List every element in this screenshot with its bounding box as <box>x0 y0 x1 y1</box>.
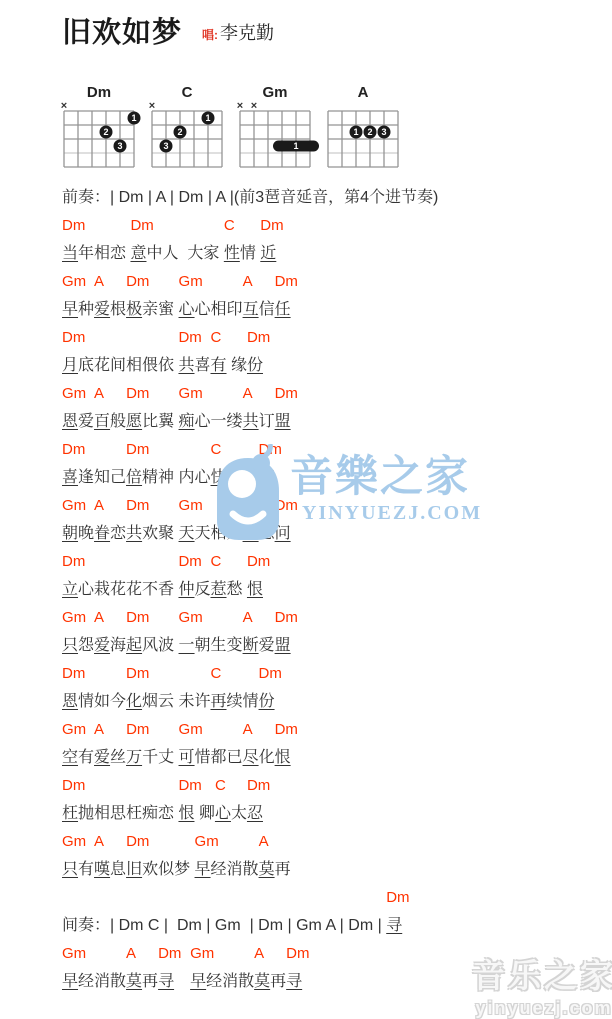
chord-label: Dm <box>259 660 282 688</box>
lyric-syllable: 盟Dm <box>275 632 291 660</box>
lyric-syllable: 喜Dm <box>62 464 78 492</box>
lyric-syllable: 起Dm <box>126 632 142 660</box>
lyric-syllable: 意Dm <box>130 240 146 268</box>
lyric-syllable: 共Dm <box>126 520 142 548</box>
lyric-syllable: 性C <box>224 240 240 268</box>
chord-label: Gm <box>179 380 203 408</box>
lyric-syllable: 早Gm <box>190 968 206 996</box>
lyric-text: 乐无 <box>227 464 259 492</box>
chord-label: C <box>211 548 222 576</box>
lyric-text: 逢知己 <box>78 464 126 492</box>
chord-label: Dm <box>62 324 85 352</box>
lyric-syllable: 互A <box>243 520 259 548</box>
lyric-syllable: 份Dm <box>259 688 275 716</box>
chord-label: Gm <box>179 492 203 520</box>
lyric-line: 喜Dm逢知己倍Dm精神 内心快C乐无憾Dm <box>62 464 275 492</box>
chord-label: C <box>211 660 222 688</box>
lyric-text: 情 <box>240 240 260 268</box>
chord-label: C <box>211 436 222 464</box>
lyric-text: 朝生变 <box>195 632 243 660</box>
lyric-line: 恩Gm爱百A般愿Dm比翼 痴Gm心一缕共A订盟Dm <box>62 408 291 436</box>
lyric-syllable: 万Dm <box>126 744 142 772</box>
lyric-syllable: 寻Dm <box>286 968 302 996</box>
chord-grid: 123 <box>319 101 407 173</box>
chord-diagram-label: Dm <box>55 84 143 101</box>
lyric-text: 息 <box>110 856 126 884</box>
chord-label: Dm <box>158 940 181 968</box>
lyric-syllable: 断A <box>243 632 259 660</box>
lyric-text: 亲蜜 <box>142 296 178 324</box>
chord-label: A <box>254 940 264 968</box>
lyric-syllable: 有C <box>211 352 227 380</box>
svg-text:×: × <box>149 101 155 112</box>
lyric-text: 天相见 <box>195 520 243 548</box>
song-line-pair: 早Gm经消散莫A再寻Dm 早Gm经消散莫A再寻Dm <box>62 940 602 996</box>
lyric-text: 根 <box>110 296 126 324</box>
lyric-syllable: 寻Dm <box>386 912 402 940</box>
lyric-syllable: 早Gm <box>62 296 78 324</box>
lyric-text: 爱 <box>78 408 94 436</box>
lyric-syllable: 爱A <box>94 632 110 660</box>
lyric-syllable: 惹C <box>211 576 227 604</box>
chord-label: Dm <box>130 212 153 240</box>
lyric-text: 海 <box>110 632 126 660</box>
chord-label: A <box>94 268 104 296</box>
lyric-syllable: 莫A <box>259 856 275 884</box>
svg-text:3: 3 <box>163 141 168 151</box>
chord-diagram-row: Dm×123C×123Gm××1A123 <box>55 84 407 173</box>
lyric-syllable: 天Gm <box>179 520 195 548</box>
lyric-syllable: 枉Dm <box>62 800 78 828</box>
chord-grid: ×123 <box>143 101 231 173</box>
lyric-line: 恩Dm情如今化Dm烟云 未许再C续情份Dm <box>62 688 275 716</box>
lyric-line: 早Gm种爱A根极Dm亲蜜 心Gm心相印互A信任Dm <box>62 296 291 324</box>
chord-label: Dm <box>286 940 309 968</box>
song-line-pair: 喜Dm逢知己倍Dm精神 内心快C乐无憾Dm <box>62 436 602 492</box>
song-line-pair: 枉Dm抛相思枉痴恋 恨Dm 卿心C太忍Dm <box>62 772 602 828</box>
lyric-text: 爱 <box>259 632 275 660</box>
chord-grid: ××1 <box>231 101 319 173</box>
lyric-syllable: 只Gm <box>62 632 78 660</box>
lyric-text: 经消散 <box>78 968 126 996</box>
lyric-syllable: 互A <box>243 296 259 324</box>
lyric-syllable: 可Gm <box>179 744 195 772</box>
song-line-pair: 空Gm有爱A丝万Dm千丈 可Gm惜都已尽A化恨Dm <box>62 716 602 772</box>
svg-text:2: 2 <box>177 127 182 137</box>
chord-label: Dm <box>247 548 270 576</box>
lyric-text: 年相恋 <box>78 240 130 268</box>
lyric-syllable: 问Dm <box>275 520 291 548</box>
svg-text:1: 1 <box>205 113 210 123</box>
lyric-line: 当Dm年相恋 意Dm中人 大家 性C情 近Dm <box>62 240 276 268</box>
lyric-syllable: 恨Dm <box>275 744 291 772</box>
chord-label: Dm <box>126 492 149 520</box>
lyric-syllable: 立Dm <box>62 576 78 604</box>
chord-label: A <box>243 380 253 408</box>
lyric-syllable: 尽A <box>243 744 259 772</box>
lyric-text: 种 <box>78 296 94 324</box>
chord-diagram-gm: Gm××1 <box>231 84 319 173</box>
lyric-text: 比翼 <box>142 408 178 436</box>
chord-label: Dm <box>178 772 201 800</box>
song-line-pair: 恩Dm情如今化Dm烟云 未许再C续情份Dm <box>62 660 602 716</box>
intro-line: 前奏：| Dm | A | Dm | A |(前3琶音延音，第4个进节奏) <box>62 184 602 212</box>
lyric-syllable: 一Gm <box>179 632 195 660</box>
lyric-syllable: 恨Dm <box>178 800 194 828</box>
chord-label: Dm <box>247 324 270 352</box>
chord-label: Dm <box>126 268 149 296</box>
lyric-syllable: 月Dm <box>62 352 78 380</box>
lyric-syllable: 恩Dm <box>62 688 78 716</box>
lyric-text: 心相印 <box>195 296 243 324</box>
lyric-text: 晚 <box>78 520 94 548</box>
chord-label: A <box>243 492 253 520</box>
svg-text:×: × <box>251 101 257 112</box>
song-line-pair: 间奏：| Dm C | Dm | Gm | Dm | Gm A | Dm | 寻… <box>62 884 602 940</box>
lyric-syllable: 仲Dm <box>178 576 194 604</box>
chord-label: Gm <box>62 716 86 744</box>
svg-text:×: × <box>61 101 67 112</box>
lyric-text <box>174 968 190 996</box>
chord-label: A <box>243 268 253 296</box>
lyric-syllable: 化Dm <box>126 688 142 716</box>
singer-name: 李克勤 <box>220 23 274 43</box>
svg-text:1: 1 <box>131 113 136 123</box>
lyric-syllable: 共A <box>243 408 259 436</box>
chord-label: Dm <box>275 716 298 744</box>
lyric-text: 风波 <box>142 632 178 660</box>
lyric-text: 信 <box>259 296 275 324</box>
chord-label: A <box>94 716 104 744</box>
chord-label: C <box>215 772 226 800</box>
lyric-text: 情如今 <box>78 688 126 716</box>
chord-label: A <box>94 380 104 408</box>
lyric-syllable: 忍Dm <box>247 800 263 828</box>
singer-block: 唱:李克勤 <box>202 19 274 45</box>
lyric-syllable: 朝Gm <box>62 520 78 548</box>
chord-label: Dm <box>62 212 85 240</box>
lyric-syllable: 任Dm <box>275 296 291 324</box>
lyric-text: 心栽花花不香 <box>78 576 178 604</box>
lyric-syllable: 再C <box>211 688 227 716</box>
chord-label: Gm <box>190 940 214 968</box>
lyric-text: 般 <box>110 408 126 436</box>
chord-label: Dm <box>126 828 149 856</box>
chord-label: Gm <box>62 604 86 632</box>
lyric-syllable: 早Gm <box>62 968 78 996</box>
lyric-syllable: 爱A <box>94 744 110 772</box>
chord-label: Gm <box>62 380 86 408</box>
lyric-text: 怨 <box>78 632 94 660</box>
lyric-syllable: 份Dm <box>247 352 263 380</box>
song-line-pair: 早Gm种爱A根极Dm亲蜜 心Gm心相印互A信任Dm <box>62 268 602 324</box>
chord-label: A <box>94 604 104 632</box>
svg-text:2: 2 <box>103 127 108 137</box>
lyric-syllable: 快C <box>211 464 227 492</box>
lyric-line: 立Dm心栽花花不香 仲Dm反惹C愁 恨Dm <box>62 576 263 604</box>
svg-text:2: 2 <box>367 127 372 137</box>
lyric-syllable: 莫A <box>254 968 270 996</box>
lyric-line: 间奏：| Dm C | Dm | Gm | Dm | Gm A | Dm | 寻… <box>62 912 402 940</box>
lyric-text: 慰 <box>259 520 275 548</box>
chord-label: Dm <box>247 772 270 800</box>
lyric-text: 烟云 未许 <box>142 688 210 716</box>
lyric-text: 恋 <box>110 520 126 548</box>
chord-label: Dm <box>62 660 85 688</box>
chord-label: Dm <box>275 380 298 408</box>
chord-diagram-c: C×123 <box>143 84 231 173</box>
lyric-syllable: 憾Dm <box>259 464 275 492</box>
lyric-syllable: 倍Dm <box>126 464 142 492</box>
song-line-pair: 月Dm底花间相偎依 共Dm喜有C 缘份Dm <box>62 324 602 380</box>
song-line-pair: 只Gm怨爱A海起Dm风波 一Gm朝生变断A爱盟Dm <box>62 604 602 660</box>
chord-diagram-label: Gm <box>231 84 319 101</box>
lyric-text: 太 <box>231 800 247 828</box>
lyric-text: 反 <box>194 576 210 604</box>
chord-label: Dm <box>62 436 85 464</box>
svg-text:×: × <box>237 101 243 112</box>
chord-label: A <box>126 940 136 968</box>
lyric-text: 再 <box>270 968 286 996</box>
chord-sheet-page: 旧欢如梦 唱:李克勤 Dm×123C×123Gm××1A123 前奏：| Dm … <box>0 0 612 1019</box>
chord-diagram-label: C <box>143 84 231 101</box>
sing-label: 唱: <box>202 28 218 42</box>
song-line-pair: 朝Gm晚眷A恋共Dm欢聚 天Gm天相见互A慰问Dm <box>62 492 602 548</box>
lyric-syllable: 近Dm <box>260 240 276 268</box>
chord-label: A <box>94 492 104 520</box>
chord-diagram-dm: Dm×123 <box>55 84 143 173</box>
chord-label: Dm <box>126 604 149 632</box>
lyric-syllable: 只Gm <box>62 856 78 884</box>
svg-text:3: 3 <box>381 127 386 137</box>
lyric-text: 缘 <box>227 352 247 380</box>
chord-label: Gm <box>195 828 219 856</box>
chord-label: A <box>94 828 104 856</box>
chord-label: Gm <box>62 828 86 856</box>
lyric-text: 间奏：| Dm C | Dm | Gm | Dm | Gm A | Dm | <box>62 912 386 940</box>
song-title: 旧欢如梦 <box>62 16 182 50</box>
lyric-text: 惜都已 <box>195 744 243 772</box>
lyric-text: 卿 <box>194 800 214 828</box>
lyric-text: 愁 <box>227 576 247 604</box>
lyric-text: 续情 <box>227 688 259 716</box>
chord-label: Gm <box>62 940 86 968</box>
svg-text:1: 1 <box>293 141 298 151</box>
bottom-watermark-site: yinyuezj.com <box>472 998 612 1019</box>
song-line-pair: 只Gm有嘆A息旧Dm欢似梦 早Gm经消散莫A再 <box>62 828 602 884</box>
chord-label: Gm <box>179 716 203 744</box>
lyric-text: 经消散 <box>206 968 254 996</box>
lyric-lines: 当Dm年相恋 意Dm中人 大家 性C情 近Dm早Gm种爱A根极Dm亲蜜 心Gm心… <box>62 212 602 996</box>
lyric-syllable: 恩Gm <box>62 408 78 436</box>
lyric-text: 底花间相偎依 <box>78 352 178 380</box>
lyric-syllable: 空Gm <box>62 744 78 772</box>
lyric-text: 经消散 <box>211 856 259 884</box>
chord-label: Dm <box>260 212 283 240</box>
lyric-text: 再 <box>142 968 158 996</box>
chord-label: Dm <box>62 548 85 576</box>
lyric-syllable: 早Gm <box>195 856 211 884</box>
lyric-syllable: 嘆A <box>94 856 110 884</box>
chord-label: Dm <box>275 268 298 296</box>
song-body: 前奏：| Dm | A | Dm | A |(前3琶音延音，第4个进节奏) 当D… <box>62 184 602 996</box>
chord-label: Dm <box>126 380 149 408</box>
lyric-syllable: 痴Gm <box>179 408 195 436</box>
chord-diagram-label: A <box>319 84 407 101</box>
lyric-syllable: 莫A <box>126 968 142 996</box>
lyric-line: 空Gm有爱A丝万Dm千丈 可Gm惜都已尽A化恨Dm <box>62 744 291 772</box>
chord-label: Dm <box>178 324 201 352</box>
lyric-syllable: 当Dm <box>62 240 78 268</box>
lyric-syllable: 极Dm <box>126 296 142 324</box>
chord-label: Gm <box>179 268 203 296</box>
chord-label: Dm <box>275 604 298 632</box>
chord-label: Dm <box>259 436 282 464</box>
chord-label: Gm <box>179 604 203 632</box>
chord-label: C <box>211 324 222 352</box>
lyric-line: 月Dm底花间相偎依 共Dm喜有C 缘份Dm <box>62 352 263 380</box>
chord-grid: ×123 <box>55 101 143 173</box>
lyric-text: 欢似梦 <box>142 856 194 884</box>
chord-label: C <box>224 212 235 240</box>
chord-label: Dm <box>126 716 149 744</box>
lyric-line: 只Gm有嘆A息旧Dm欢似梦 早Gm经消散莫A再 <box>62 856 291 884</box>
song-line-pair: 当Dm年相恋 意Dm中人 大家 性C情 近Dm <box>62 212 602 268</box>
lyric-syllable: 恨Dm <box>247 576 263 604</box>
chord-label: Dm <box>126 436 149 464</box>
lyric-text: 抛相思枉痴恋 <box>78 800 178 828</box>
svg-text:3: 3 <box>117 141 122 151</box>
lyric-syllable: 眷A <box>94 520 110 548</box>
lyric-syllable: 百A <box>94 408 110 436</box>
lyric-text: 中人 大家 <box>146 240 223 268</box>
lyric-syllable: 愿Dm <box>126 408 142 436</box>
lyric-text: 有 <box>78 744 94 772</box>
chord-label: A <box>243 604 253 632</box>
song-line-pair: 恩Gm爱百A般愿Dm比翼 痴Gm心一缕共A订盟Dm <box>62 380 602 436</box>
lyric-syllable: 心Gm <box>179 296 195 324</box>
lyric-text: 千丈 <box>142 744 178 772</box>
svg-text:1: 1 <box>353 127 358 137</box>
chord-label: Dm <box>126 660 149 688</box>
lyric-text: 再 <box>275 856 291 884</box>
lyric-syllable: 共Dm <box>178 352 194 380</box>
lyric-text: 精神 内心 <box>142 464 210 492</box>
chord-label: Dm <box>386 884 409 912</box>
chord-diagram-a: A123 <box>319 84 407 173</box>
lyric-syllable: 寻Dm <box>158 968 174 996</box>
lyric-syllable: 心C <box>215 800 231 828</box>
lyric-text: 欢聚 <box>142 520 178 548</box>
lyric-text: 喜 <box>194 352 210 380</box>
chord-label: Dm <box>178 548 201 576</box>
header: 旧欢如梦 唱:李克勤 <box>62 16 274 50</box>
lyric-text: 丝 <box>110 744 126 772</box>
chord-label: A <box>243 716 253 744</box>
lyric-text: 有 <box>78 856 94 884</box>
lyric-text: 订 <box>259 408 275 436</box>
lyric-syllable: 旧Dm <box>126 856 142 884</box>
chord-label: Dm <box>62 772 85 800</box>
song-line-pair: 立Dm心栽花花不香 仲Dm反惹C愁 恨Dm <box>62 548 602 604</box>
lyric-syllable: 爱A <box>94 296 110 324</box>
chord-label: Dm <box>275 492 298 520</box>
lyric-text: 化 <box>259 744 275 772</box>
lyric-line: 枉Dm抛相思枉痴恋 恨Dm 卿心C太忍Dm <box>62 800 263 828</box>
chord-label: A <box>259 828 269 856</box>
lyric-line: 只Gm怨爱A海起Dm风波 一Gm朝生变断A爱盟Dm <box>62 632 291 660</box>
lyric-text: 心一缕 <box>195 408 243 436</box>
lyric-line: 早Gm经消散莫A再寻Dm 早Gm经消散莫A再寻Dm <box>62 968 302 996</box>
lyric-line: 朝Gm晚眷A恋共Dm欢聚 天Gm天相见互A慰问Dm <box>62 520 291 548</box>
chord-label: Gm <box>62 268 86 296</box>
chord-label: Gm <box>62 492 86 520</box>
lyric-syllable: 盟Dm <box>275 408 291 436</box>
